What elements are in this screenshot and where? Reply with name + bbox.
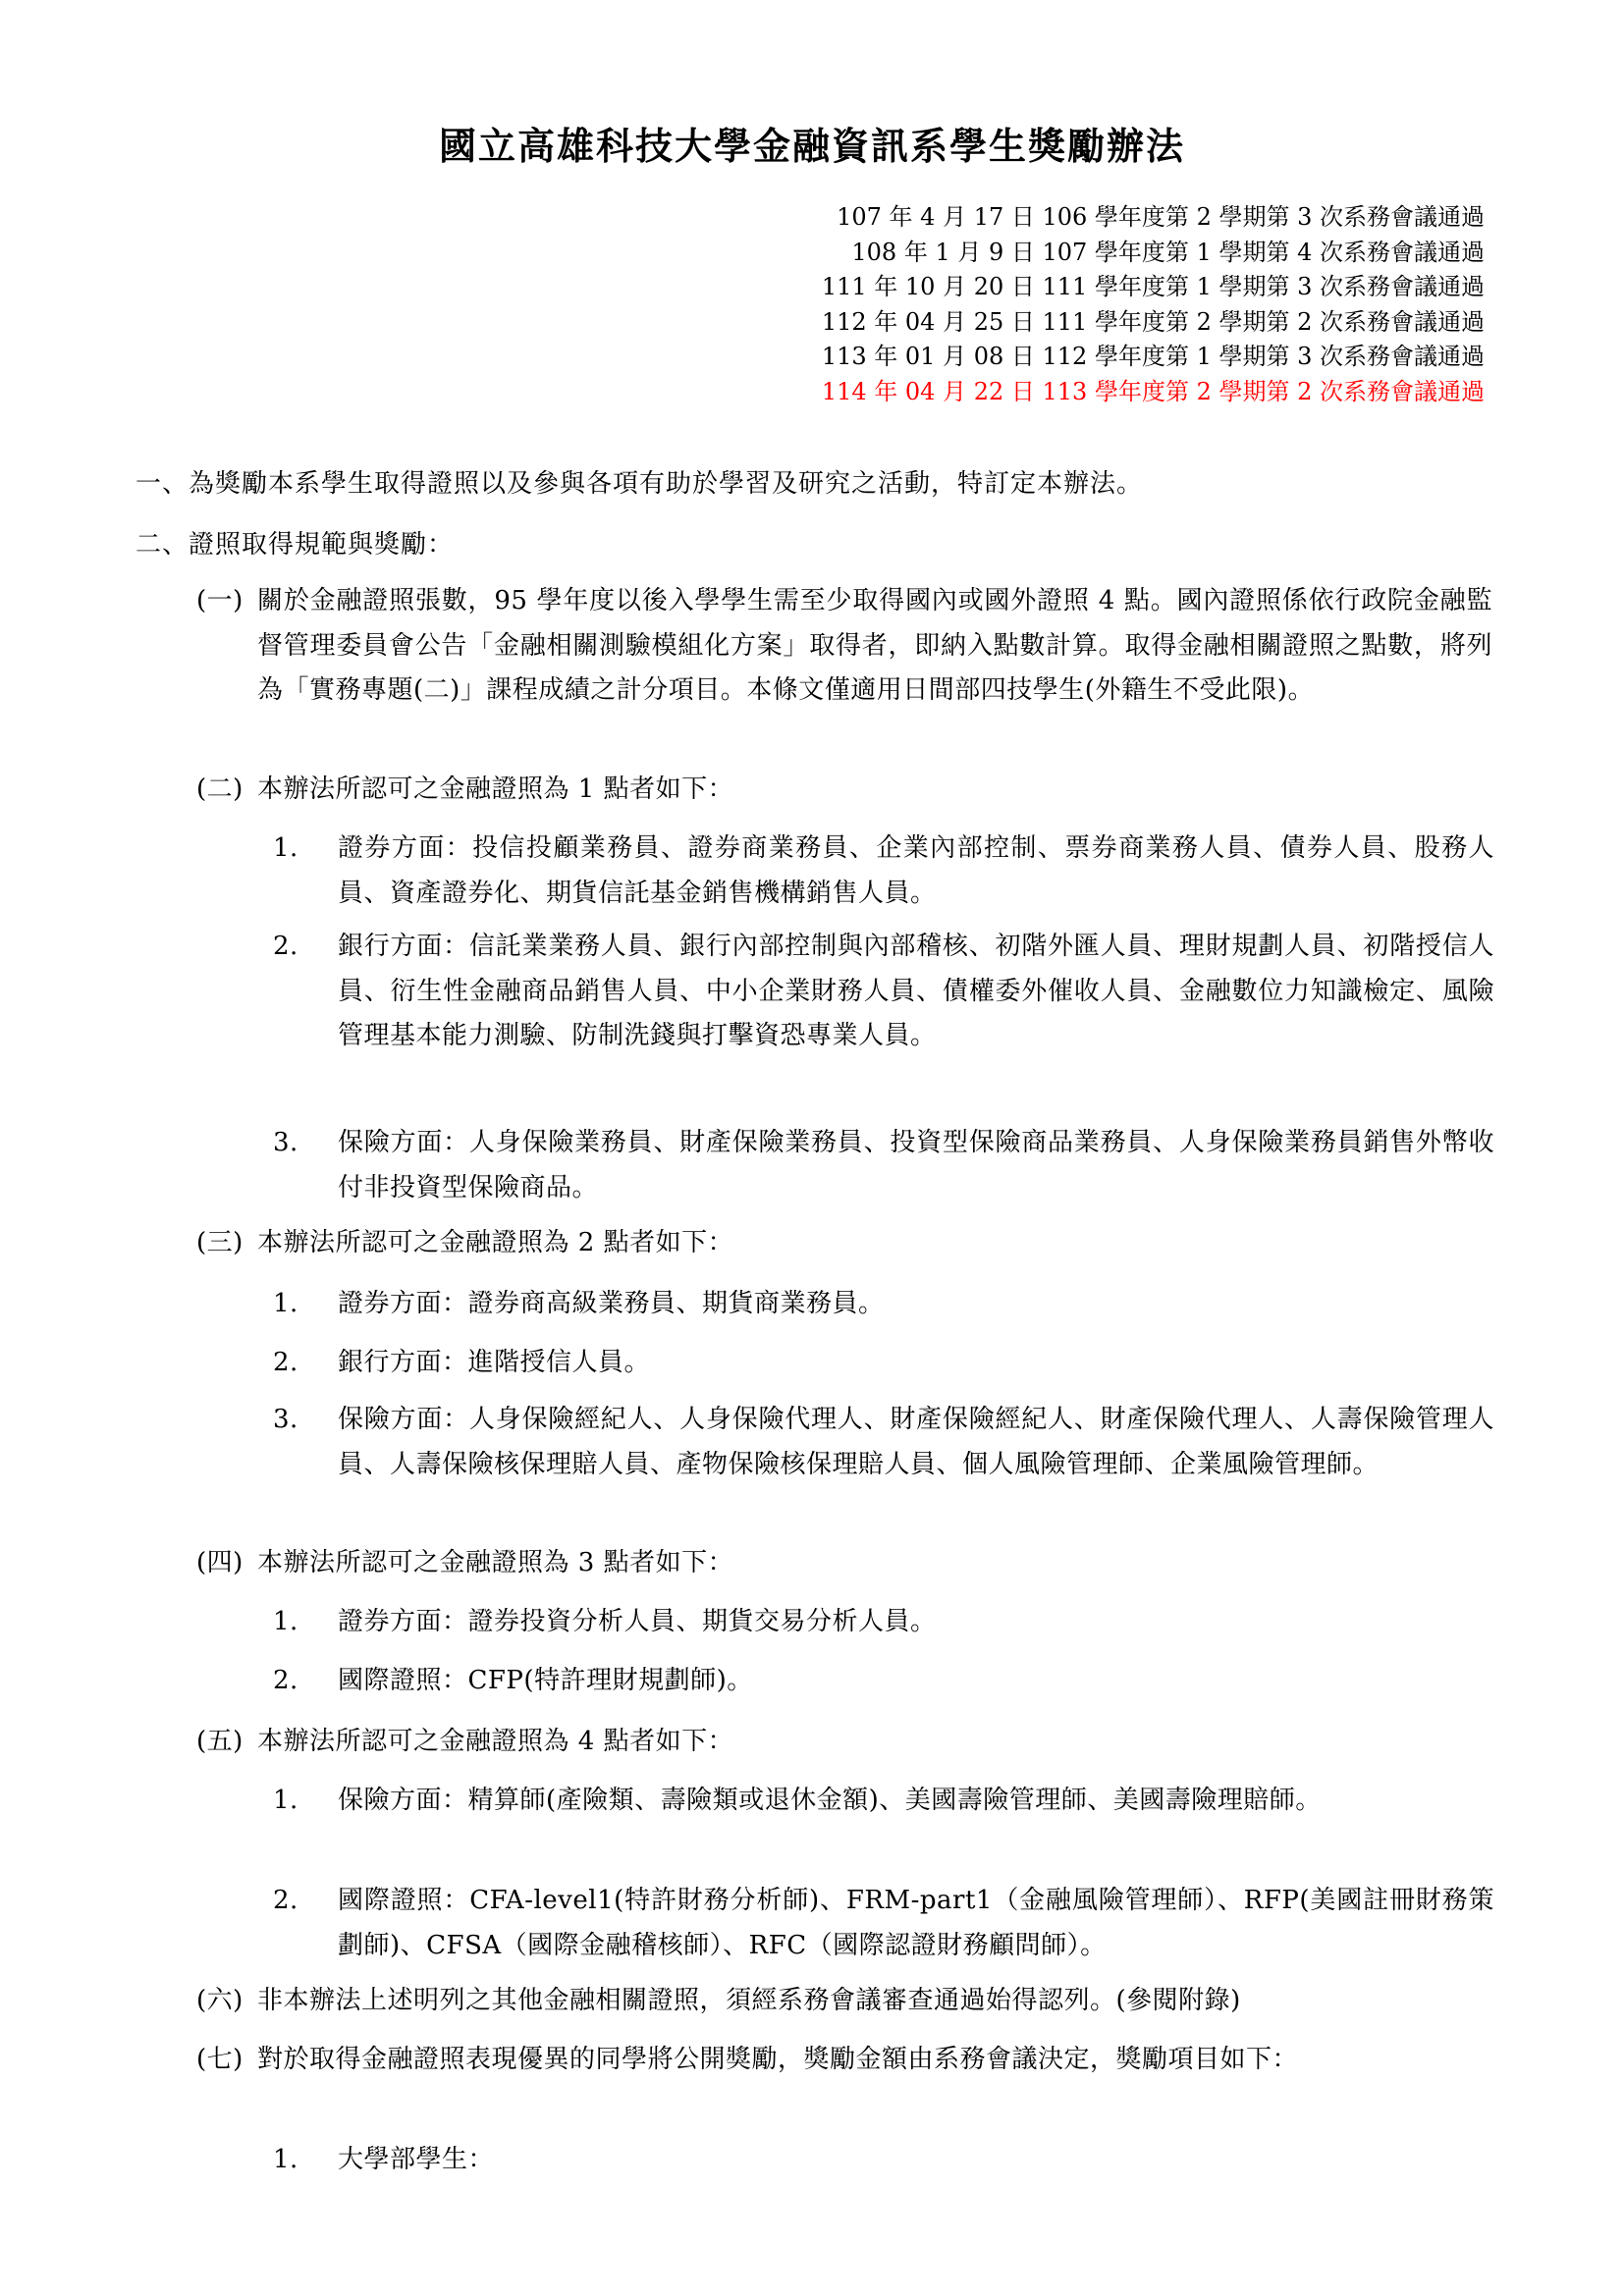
item-number: 1. bbox=[273, 1282, 298, 1327]
section-text: 對於取得金融證照表現優異的同學將公開獎勵，獎勵金額由系務會議決定，獎勵項目如下： bbox=[196, 2038, 1492, 2083]
item-text: 證券方面：證券投資分析人員、期貨交易分析人員。 bbox=[273, 1600, 1494, 1645]
document-title: 國立高雄科技大學金融資訊系學生獎勵辦法 bbox=[0, 116, 1624, 170]
section-label: (一) bbox=[196, 579, 257, 624]
revision-entry-current: 114 年 04 月 22 日 113 學年度第 2 學期第 2 次系務會議通過 bbox=[822, 375, 1485, 410]
article-text: 為獎勵本系學生取得證照以及參與各項有助於學習及研究之活動，特訂定本辦法。 bbox=[189, 469, 1143, 499]
section-text: 本辦法所認可之金融證照為 3 點者如下： bbox=[196, 1541, 1492, 1586]
list-item: 1. 大學部學生： bbox=[273, 2138, 1494, 2183]
list-item: 1. 證券方面：投信投顧業務員、證券商業務員、企業內部控制、票券商業務人員、債券… bbox=[273, 827, 1494, 916]
section-1: (一) 關於金融證照張數，95 學年度以後入學學生需至少取得國內或國外證照 4 … bbox=[196, 579, 1492, 714]
item-number: 2. bbox=[273, 1341, 298, 1386]
section-label: (二) bbox=[196, 768, 257, 813]
article-label: 二、 bbox=[135, 530, 189, 560]
list-item: 3. 保險方面：人身保險業務員、財產保險業務員、投資型保險商品業務員、人身保險業… bbox=[273, 1121, 1494, 1210]
section-label: (七) bbox=[196, 2038, 257, 2083]
section-text: 本辦法所認可之金融證照為 4 點者如下： bbox=[196, 1720, 1492, 1765]
list-item: 1. 保險方面：精算師(產險類、壽險類或退休金額)、美國壽險管理師、美國壽險理賠… bbox=[273, 1779, 1494, 1824]
item-number: 2. bbox=[273, 925, 298, 970]
section-6: (六) 非本辦法上述明列之其他金融相關證照，須經系務會議審查通過始得認列。(參閱… bbox=[196, 1979, 1492, 2024]
item-text: 保險方面：人身保險業務員、財產保險業務員、投資型保險商品業務員、人身保險業務員銷… bbox=[273, 1121, 1494, 1210]
article-2: 二、證照取得規範與獎勵： bbox=[135, 524, 454, 561]
item-text: 大學部學生： bbox=[273, 2138, 1494, 2183]
list-item: 1. 證券方面：證券投資分析人員、期貨交易分析人員。 bbox=[273, 1600, 1494, 1645]
item-number: 2. bbox=[273, 1659, 298, 1704]
section-text: 本辦法所認可之金融證照為 2 點者如下： bbox=[196, 1221, 1492, 1266]
item-text: 證券方面：證券商高級業務員、期貨商業務員。 bbox=[273, 1282, 1494, 1327]
section-text: 本辦法所認可之金融證照為 1 點者如下： bbox=[196, 768, 1492, 813]
article-label: 一、 bbox=[135, 469, 189, 499]
section-text: 關於金融證照張數，95 學年度以後入學學生需至少取得國內或國外證照 4 點。國內… bbox=[196, 579, 1492, 714]
item-text: 保險方面：人身保險經紀人、人身保險代理人、財產保險經紀人、財產保險代理人、人壽保… bbox=[273, 1398, 1494, 1487]
list-item: 2. 國際證照：CFP(特許理財規劃師)。 bbox=[273, 1659, 1494, 1704]
section-5: (五) 本辦法所認可之金融證照為 4 點者如下： bbox=[196, 1720, 1492, 1765]
section-label: (六) bbox=[196, 1979, 257, 2024]
section-label: (三) bbox=[196, 1221, 257, 1266]
document-page: 國立高雄科技大學金融資訊系學生獎勵辦法 107 年 4 月 17 日 106 學… bbox=[0, 0, 1624, 2296]
section-label: (五) bbox=[196, 1720, 257, 1765]
list-item: 1. 證券方面：證券商高級業務員、期貨商業務員。 bbox=[273, 1282, 1494, 1327]
item-text: 國際證照：CFP(特許理財規劃師)。 bbox=[273, 1659, 1494, 1704]
revision-history: 107 年 4 月 17 日 106 學年度第 2 學期第 3 次系務會議通過 … bbox=[822, 200, 1485, 409]
section-3: (三) 本辦法所認可之金融證照為 2 點者如下： bbox=[196, 1221, 1492, 1266]
item-text: 銀行方面：信託業業務人員、銀行內部控制與內部稽核、初階外匯人員、理財規劃人員、初… bbox=[273, 925, 1494, 1059]
list-item: 2. 國際證照：CFA-level1(特許財務分析師)、FRM-part1（金融… bbox=[273, 1879, 1494, 1968]
item-number: 3. bbox=[273, 1398, 298, 1443]
revision-entry: 108 年 1 月 9 日 107 學年度第 1 學期第 4 次系務會議通過 bbox=[822, 236, 1485, 271]
revision-entry: 113 年 01 月 08 日 112 學年度第 1 學期第 3 次系務會議通過 bbox=[822, 340, 1485, 375]
revision-entry: 111 年 10 月 20 日 111 學年度第 1 學期第 3 次系務會議通過 bbox=[822, 270, 1485, 305]
item-number: 1. bbox=[273, 1779, 298, 1824]
section-label: (四) bbox=[196, 1541, 257, 1586]
revision-entry: 112 年 04 月 25 日 111 學年度第 2 學期第 2 次系務會議通過 bbox=[822, 305, 1485, 341]
article-text: 證照取得規範與獎勵： bbox=[189, 530, 454, 560]
item-number: 1. bbox=[273, 1600, 298, 1645]
item-text: 保險方面：精算師(產險類、壽險類或退休金額)、美國壽險管理師、美國壽險理賠師。 bbox=[273, 1779, 1494, 1824]
item-number: 1. bbox=[273, 827, 298, 872]
section-2: (二) 本辦法所認可之金融證照為 1 點者如下： bbox=[196, 768, 1492, 813]
list-item: 3. 保險方面：人身保險經紀人、人身保險代理人、財產保險經紀人、財產保險代理人、… bbox=[273, 1398, 1494, 1487]
section-7: (七) 對於取得金融證照表現優異的同學將公開獎勵，獎勵金額由系務會議決定，獎勵項… bbox=[196, 2038, 1492, 2083]
list-item: 2. 銀行方面：信託業業務人員、銀行內部控制與內部稽核、初階外匯人員、理財規劃人… bbox=[273, 925, 1494, 1059]
article-1: 一、為獎勵本系學生取得證照以及參與各項有助於學習及研究之活動，特訂定本辦法。 bbox=[135, 463, 1143, 500]
item-text: 證券方面：投信投顧業務員、證券商業務員、企業內部控制、票券商業務人員、債券人員、… bbox=[273, 827, 1494, 916]
item-number: 2. bbox=[273, 1879, 298, 1924]
item-text: 銀行方面：進階授信人員。 bbox=[273, 1341, 1494, 1386]
item-number: 3. bbox=[273, 1121, 298, 1166]
item-number: 1. bbox=[273, 2138, 298, 2183]
list-item: 2. 銀行方面：進階授信人員。 bbox=[273, 1341, 1494, 1386]
item-text: 國際證照：CFA-level1(特許財務分析師)、FRM-part1（金融風險管… bbox=[273, 1879, 1494, 1968]
section-text: 非本辦法上述明列之其他金融相關證照，須經系務會議審查通過始得認列。(參閱附錄) bbox=[196, 1979, 1492, 2024]
revision-entry: 107 年 4 月 17 日 106 學年度第 2 學期第 3 次系務會議通過 bbox=[822, 200, 1485, 236]
section-4: (四) 本辦法所認可之金融證照為 3 點者如下： bbox=[196, 1541, 1492, 1586]
